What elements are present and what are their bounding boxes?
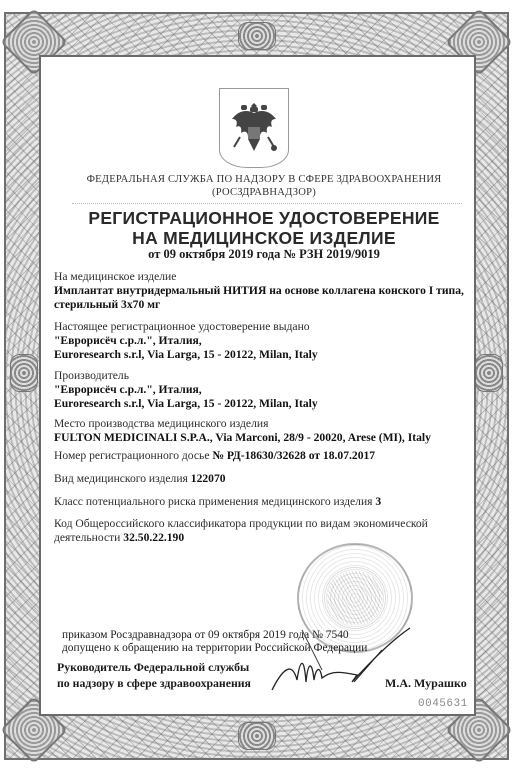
signatory-title-line1: Руководитель Федеральной службы (57, 660, 249, 675)
okpd-value: 32.50.22.190 (123, 531, 184, 544)
device-label: На медицинское изделие (54, 270, 474, 284)
manufacturer-section: Производитель "Еврорисёч с.р.л.", Италия… (54, 369, 474, 411)
manufacturer-name: "Еврорисёч с.р.л.", Италия, (54, 383, 474, 397)
production-site-label: Место производства медицинского изделия (54, 417, 474, 431)
signatory-title-line2: по надзору в сфере здравоохранения (57, 676, 251, 691)
top-ornament-icon (238, 22, 276, 50)
device-name: Имплантат внутридермальный НИТИЯ на осно… (54, 284, 474, 298)
serial-number: 0045631 (418, 698, 468, 710)
issued-to-section: Настоящее регистрационное удостоверение … (54, 320, 474, 362)
divider (72, 203, 462, 204)
production-site-section: Место производства медицинского изделия … (54, 417, 474, 445)
device-kind-label: Вид медицинского изделия (54, 472, 191, 485)
certificate-title-line1: РЕГИСТРАЦИОННОЕ УДОСТОВЕРЕНИЕ (40, 208, 488, 229)
manufacturer-label: Производитель (54, 369, 474, 383)
device-kind-section: Вид медицинского изделия 122070 (54, 472, 474, 486)
okpd-label: Код Общероссийского классификатора проду… (54, 517, 474, 531)
dossier-value: № РД-18630/32628 от 18.07.2017 (212, 449, 375, 462)
certificate-title-line2: НА МЕДИЦИНСКОЕ ИЗДЕЛИЕ (40, 228, 488, 249)
dossier-label: Номер регистрационного досье (54, 449, 212, 462)
agency-short-name: (РОСЗДРАВНАДЗОР) (40, 187, 488, 198)
risk-class-section: Класс потенциального риска применения ме… (54, 495, 474, 509)
risk-class-value: 3 (375, 495, 381, 508)
device-name-cont: стерильный 3х70 мг (54, 298, 474, 312)
dossier-section: Номер регистрационного досье № РД-18630/… (54, 449, 474, 463)
certificate-date-number: от 09 октября 2019 года № РЗН 2019/9019 (40, 247, 488, 262)
right-ornament-icon (475, 354, 503, 392)
coat-of-arms-icon (219, 88, 289, 168)
production-site-value: FULTON MEDICINALI S.P.A., Via Marconi, 2… (54, 431, 474, 445)
signatory-name: М.А. Мурашко (385, 676, 467, 691)
issued-to-address: Euroresearch s.r.l, Via Larga, 15 - 2012… (54, 348, 474, 362)
okpd-section: Код Общероссийского классификатора проду… (54, 517, 474, 545)
device-section: На медицинское изделие Имплантат внутрид… (54, 270, 474, 312)
okpd-label-cont: деятельности (54, 531, 123, 544)
risk-class-label: Класс потенциального риска применения ме… (54, 495, 375, 508)
agency-name: ФЕДЕРАЛЬНАЯ СЛУЖБА ПО НАДЗОРУ В СФЕРЕ ЗД… (40, 174, 488, 185)
certificate-page: ФЕДЕРАЛЬНАЯ СЛУЖБА ПО НАДЗОРУ В СФЕРЕ ЗД… (0, 0, 529, 768)
issued-to-name: "Еврорисёч с.р.л.", Италия, (54, 334, 474, 348)
manufacturer-address: Euroresearch s.r.l, Via Larga, 15 - 2012… (54, 397, 474, 411)
left-ornament-icon (10, 354, 38, 392)
issued-to-label: Настоящее регистрационное удостоверение … (54, 320, 474, 334)
device-kind-value: 122070 (191, 472, 226, 485)
bottom-ornament-icon (238, 722, 276, 750)
